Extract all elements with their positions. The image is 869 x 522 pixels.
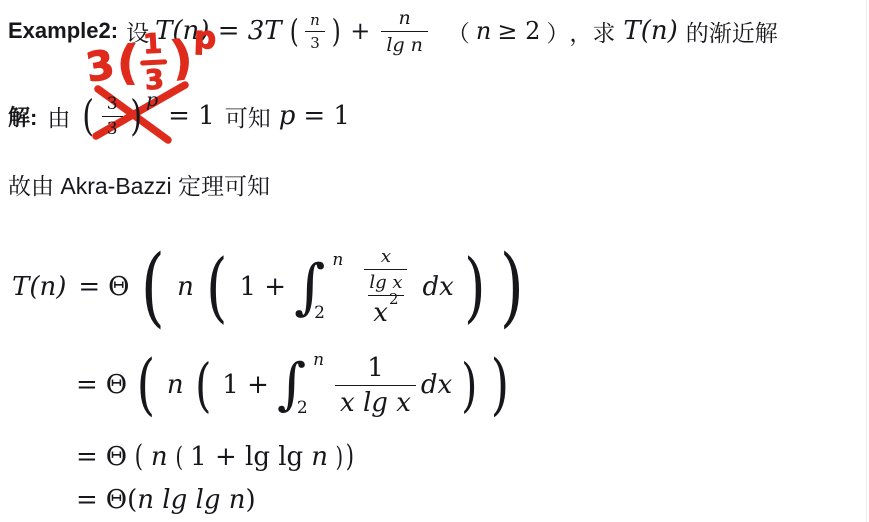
derivation-block: T(n) = Θ ( n ( 1 + ∫ n 2 x lg x x (12, 234, 529, 520)
handwritten-paren-close: ) (168, 33, 194, 81)
theta-symbol: Θ (106, 370, 127, 400)
theta-symbol: Θ (106, 485, 127, 515)
comma: ， (569, 15, 592, 48)
integral: ∫ n 2 (294, 256, 339, 319)
nested-fraction: x lg x (364, 246, 407, 293)
paren-open: ( (83, 95, 95, 137)
n-var: n (167, 370, 184, 400)
frac-n-over-lgn: n lg n (381, 7, 428, 56)
equals-one: = 1 (168, 101, 215, 131)
frac-3-over-3: 3 3 (102, 94, 123, 139)
equals-sign: = (76, 485, 98, 515)
condition-open: （ (447, 15, 470, 48)
big-paren-close: ) (490, 352, 509, 418)
big-paren-open: ( (140, 244, 164, 330)
big-paren-open: ( (206, 249, 227, 325)
x-squared-base: x (373, 298, 388, 328)
paren-close: ) (130, 95, 142, 137)
derivation-row-1: T(n) = Θ ( n ( 1 + ∫ n 2 x lg x x (12, 234, 529, 340)
integral-upper-limit: n (332, 250, 343, 270)
condition-close: ） (546, 15, 569, 48)
paren-open: ( (127, 485, 137, 515)
derivation-row-4: = Θ ( n lg lg n ) (12, 480, 529, 520)
derivation-row-2: = Θ ( n ( 1 + ∫ n 2 1 x lg x dx ) ) (12, 342, 529, 428)
tn-inline: T(n) (623, 16, 677, 46)
plus-sign: + (350, 17, 370, 45)
big-paren-close: ) (500, 244, 524, 330)
paren-open: ( (175, 444, 183, 471)
equals-sign: = (76, 370, 98, 400)
theta-symbol: Θ (108, 272, 129, 302)
integrand-fraction: 1 x lg x (335, 353, 416, 418)
frac-n-over-3: n 3 (305, 11, 325, 52)
solution-line: 解: 由 ( 3 3 ) p = 1 可知 p = 1 (8, 86, 350, 146)
paren-close: ) (335, 444, 343, 471)
integral-upper-limit: n (313, 350, 324, 370)
theta-symbol: Θ (106, 442, 127, 472)
integrand-fraction: x lg x x 2 (354, 246, 417, 328)
one-plus-lglg: 1 + lg lg (190, 442, 303, 472)
p-equals-one: = 1 (303, 101, 350, 131)
integral: ∫ n 2 (277, 356, 320, 415)
condition-geq: ≥ 2 (497, 17, 540, 45)
dx: dx (421, 370, 452, 400)
page: Example2: 设 T(n) = 3T ( n 3 ) + n lg n （… (0, 0, 869, 522)
one-plus: 1 + (222, 370, 269, 400)
theorem-text: 故由 Akra-Bazzi 定理可知 (8, 173, 270, 199)
kezhi: 可知 (225, 100, 271, 133)
paren-close: ) (346, 442, 354, 472)
n-var: n (177, 272, 194, 302)
derivation-row-3: = Θ ( n ( 1 + lg lg n ) ) (12, 434, 529, 480)
condition-n: n (476, 17, 491, 45)
n-var: n (151, 442, 168, 472)
one-plus: 1 + (239, 272, 286, 302)
big-paren-close: ) (461, 356, 477, 414)
qiu: 求 (592, 15, 615, 48)
integral-lower-limit: 2 (297, 398, 308, 418)
big-paren-open: ( (137, 352, 156, 418)
solution-label: 解: (8, 101, 37, 132)
lhs-tn: T(n) (12, 272, 66, 302)
solution-you: 由 (47, 100, 70, 133)
handwritten-exponent: p (193, 23, 216, 55)
paren-open: ( (135, 442, 143, 472)
equals-sign: = (76, 442, 98, 472)
integral-lower-limit: 2 (314, 303, 325, 323)
equals-sign: = (78, 272, 100, 302)
paren-close: ) (332, 15, 341, 47)
dx: dx (422, 272, 453, 302)
theorem-line: 故由 Akra-Bazzi 定理可知 (8, 168, 270, 201)
paren-open: ( (289, 15, 298, 47)
big-paren-close: ) (464, 249, 485, 325)
x-squared-exp: 2 (389, 290, 399, 308)
result-body: n lg lg n (137, 485, 245, 515)
p-var: p (279, 101, 296, 131)
n-var: n (311, 442, 328, 472)
tail-text: 的渐近解 (686, 15, 778, 48)
big-paren-open: ( (195, 356, 211, 414)
window-edge-line (866, 0, 867, 522)
exponent-p: p (146, 89, 158, 111)
paren-close: ) (245, 485, 255, 515)
handwritten-paren-open: ( (117, 39, 139, 85)
